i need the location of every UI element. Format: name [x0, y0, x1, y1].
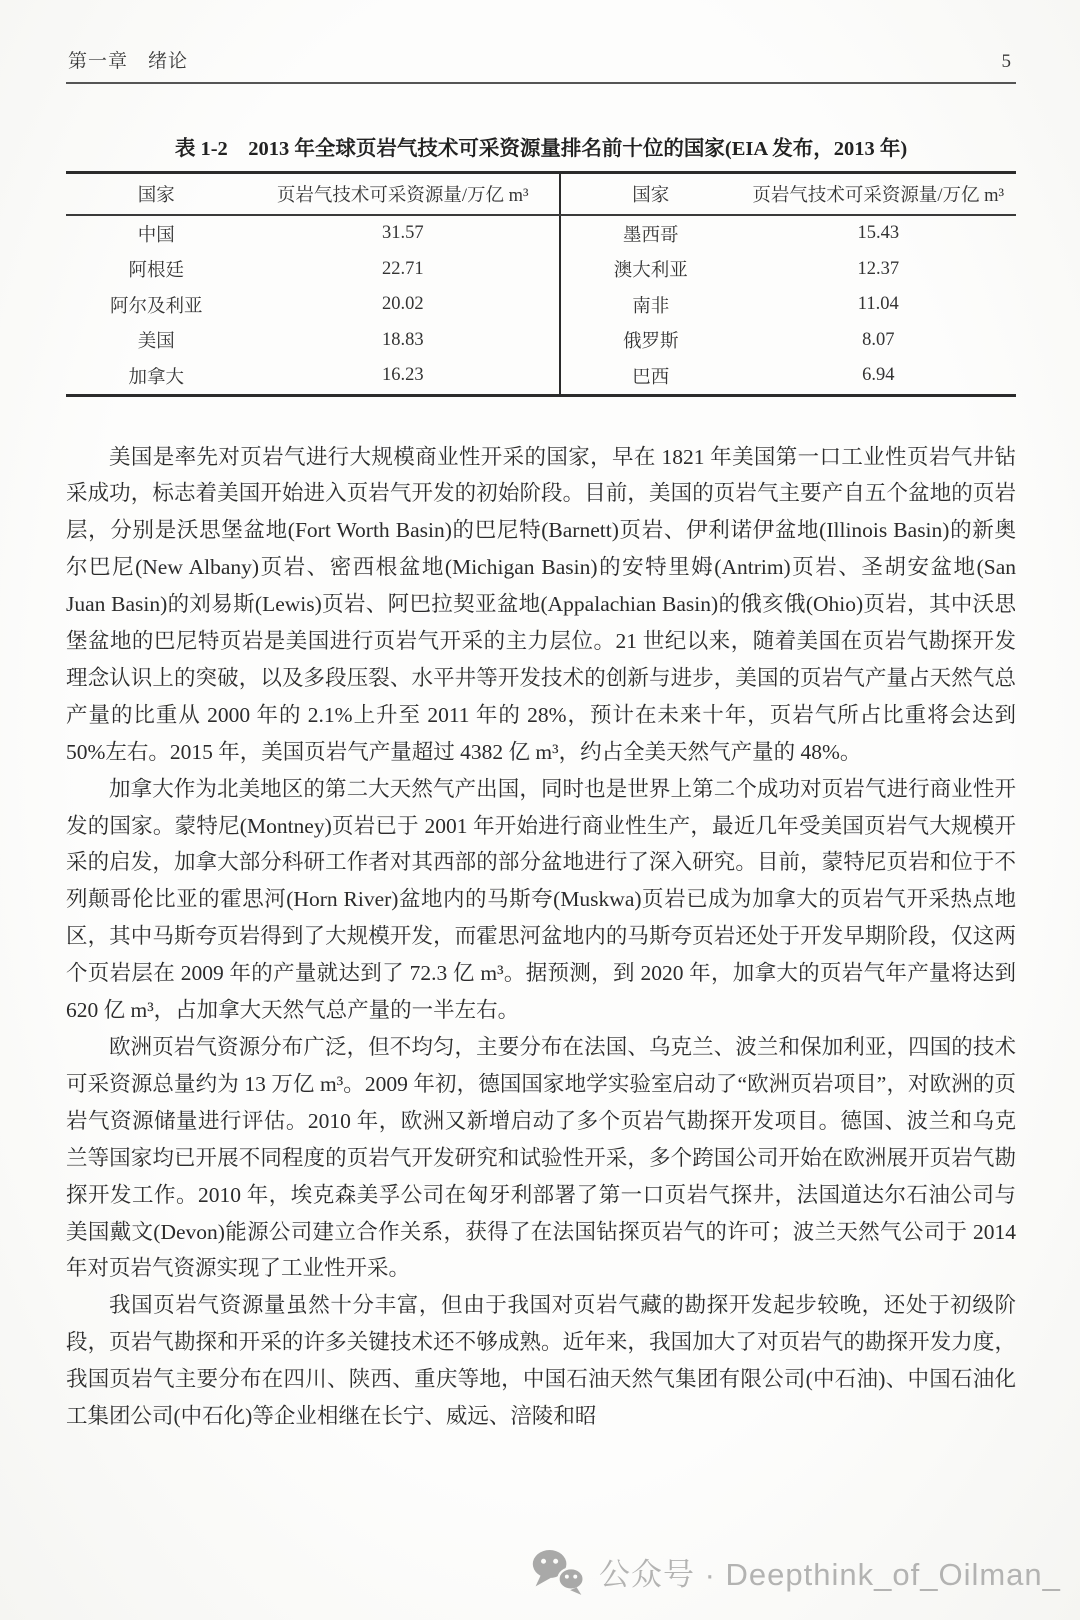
page-header: 第一章 绪论 5 — [66, 46, 1016, 84]
cell-value: 8.07 — [741, 323, 1017, 359]
cell-country: 阿根廷 — [66, 252, 247, 288]
watermark-text: 公众号 · Deepthink_of_Oilman_ — [599, 1549, 1061, 1594]
cell-country: 巴西 — [560, 358, 741, 395]
table-title: 表 1-2 2013 年全球页岩气技术可采资源量排名前十位的国家(EIA 发布，… — [66, 131, 1016, 161]
page-number: 5 — [1002, 51, 1013, 73]
cell-value: 18.83 — [247, 323, 561, 359]
cell-country: 墨西哥 — [560, 215, 741, 252]
col-country-right: 国家 — [560, 173, 741, 216]
table-row: 美国 18.83 俄罗斯 8.07 — [66, 323, 1016, 359]
table-row: 阿根廷 22.71 澳大利亚 12.37 — [66, 252, 1016, 288]
body-paragraph-canada: 加拿大作为北美地区的第二大天然气产出国，同时也是世界上第二个成功对页岩气进行商业… — [66, 771, 1016, 1029]
table-header-row: 国家 页岩气技术可采资源量/万亿 m³ 国家 页岩气技术可采资源量/万亿 m³ — [66, 173, 1016, 216]
resource-table-section: 表 1-2 2013 年全球页岩气技术可采资源量排名前十位的国家(EIA 发布，… — [66, 131, 1016, 397]
table-row: 阿尔及利亚 20.02 南非 11.04 — [66, 287, 1016, 323]
table-row: 中国 31.57 墨西哥 15.43 — [66, 215, 1016, 252]
resource-table: 国家 页岩气技术可采资源量/万亿 m³ 国家 页岩气技术可采资源量/万亿 m³ … — [66, 171, 1016, 397]
body-paragraph-usa: 美国是率先对页岩气进行大规模商业性开采的国家，早在 1821 年美国第一口工业性… — [66, 439, 1016, 771]
cell-country: 加拿大 — [66, 358, 247, 395]
cell-value: 16.23 — [247, 358, 561, 395]
table-row: 加拿大 16.23 巴西 6.94 — [66, 358, 1016, 395]
col-resource-right: 页岩气技术可采资源量/万亿 m³ — [741, 173, 1017, 216]
wechat-icon — [530, 1548, 586, 1595]
cell-value: 20.02 — [247, 287, 561, 323]
cell-value: 6.94 — [741, 358, 1017, 395]
col-country-left: 国家 — [66, 173, 247, 216]
body-paragraph-europe: 欧洲页岩气资源分布广泛，但不均匀，主要分布在法国、乌克兰、波兰和保加利亚，四国的… — [66, 1029, 1016, 1287]
body-paragraph-china: 我国页岩气资源量虽然十分丰富，但由于我国对页岩气藏的勘探开发起步较晚，还处于初级… — [66, 1287, 1016, 1435]
cell-country: 阿尔及利亚 — [66, 287, 247, 323]
cell-value: 22.71 — [247, 252, 561, 288]
cell-value: 11.04 — [741, 287, 1017, 323]
body-text: 美国是率先对页岩气进行大规模商业性开采的国家，早在 1821 年美国第一口工业性… — [66, 439, 1016, 1435]
cell-country: 南非 — [560, 287, 741, 323]
cell-value: 12.37 — [741, 252, 1017, 288]
cell-country: 澳大利亚 — [560, 252, 741, 288]
cell-country: 俄罗斯 — [560, 323, 741, 359]
watermark-footer: 公众号 · Deepthink_of_Oilman_ — [530, 1548, 1061, 1595]
col-resource-left: 页岩气技术可采资源量/万亿 m³ — [247, 173, 561, 216]
chapter-title: 第一章 绪论 — [68, 46, 188, 73]
cell-country: 中国 — [66, 215, 247, 252]
cell-country: 美国 — [66, 323, 247, 359]
cell-value: 31.57 — [247, 215, 561, 252]
cell-value: 15.43 — [741, 215, 1017, 252]
document-page: 第一章 绪论 5 表 1-2 2013 年全球页岩气技术可采资源量排名前十位的国… — [0, 0, 1080, 1620]
